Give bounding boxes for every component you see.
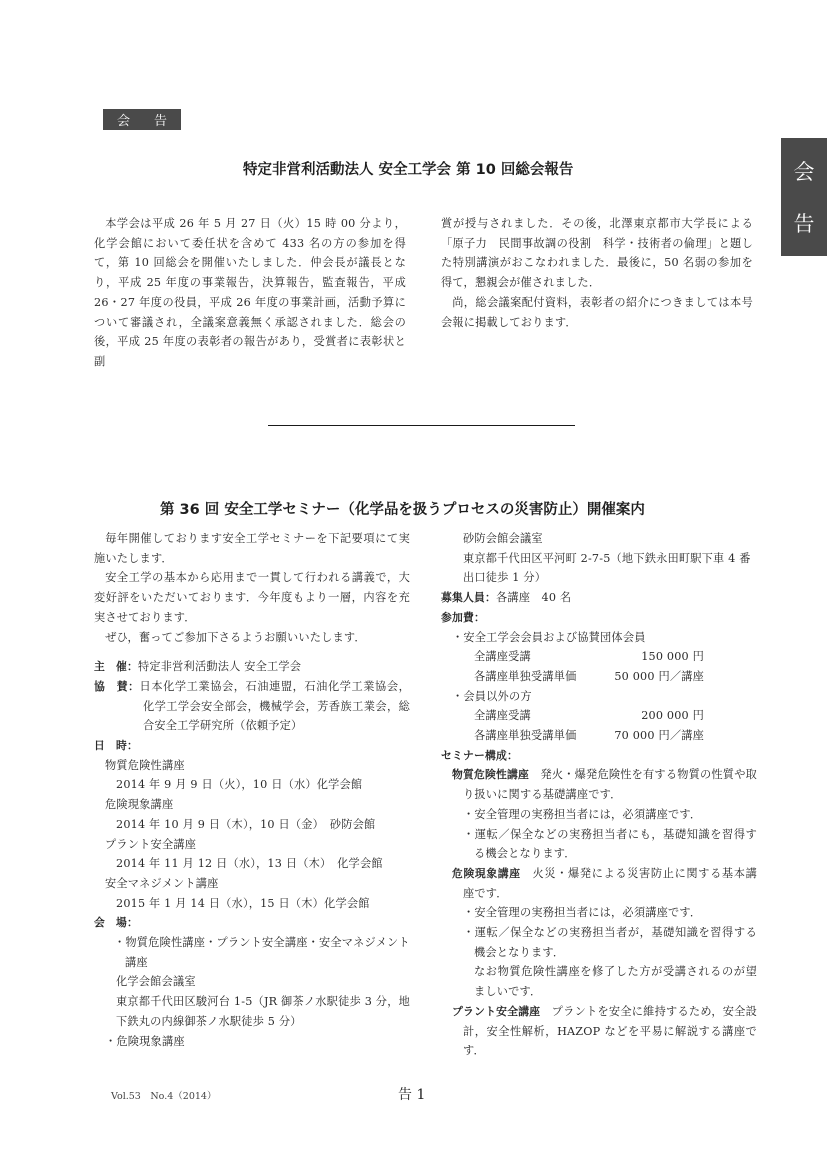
fee-value: 50 000 円／講座 [614,667,704,687]
fee-row: 全講座受講 200 000 円 [441,706,704,726]
venue-address: 東京都千代田区駿河台 1‑5（JR 御茶ノ水駅徒歩 3 分，地下鉄丸の内線御茶ノ… [94,992,410,1031]
schedule-date: 2014 年 11 月 12 日（水），13 日（木） 化学会館 [94,854,410,874]
schedule-course: 危険現象講座 [94,795,410,815]
fee-row: 各講座単独受講単価 70 000 円／講座 [441,726,704,746]
intro-paragraph: 毎年開催しております安全工学セミナーを下記要項にて実施いたします． [94,529,410,568]
structure-label: セミナー構成： [441,746,757,766]
fee-name: 全講座受講 [474,647,641,667]
course-name: 物質危険性講座 [452,768,529,781]
schedule-label: 日 時： [94,736,410,756]
side-section-tab: 会 告 [781,138,827,256]
report-paragraph: 賞が授与されました．その後，北澤東京都市大学長による「原子力 民間事故調の役割 … [441,214,753,293]
schedule-course: 物質危険性講座 [94,756,410,776]
course-name: プラント安全講座 [452,1005,540,1018]
organizer-row: 主 催：特定非営利活動法人 安全工学会 [94,657,410,677]
fee-row: 各講座単独受講単価 50 000 円／講座 [441,667,704,687]
badge-char-2: 告 [154,110,167,129]
fee-value: 70 000 円／講座 [614,726,704,746]
seminar-title: 第 36 回 安全工学セミナー（化学品を扱うプロセスの災害防止）開催案内 [160,498,645,519]
supporters-label: 協 賛： [94,680,140,693]
fee-name: 全講座受講 [474,706,641,726]
schedule-date: 2014 年 9 月 9 日（火），10 日（水）化学会館 [94,775,410,795]
intro-paragraph: ぜひ，奮ってご参加下さるようお願いいたします． [94,628,410,648]
fee-group-name: ・安全工学会会員および協賛団体会員 [441,628,757,648]
fee-value: 200 000 円 [641,706,704,726]
schedule-course: プラント安全講座 [94,835,410,855]
fee-name: 各講座単独受講単価 [474,667,614,687]
fees-label: 参加費： [441,608,757,628]
fee-value: 150 000 円 [641,647,704,667]
venue-hall: 砂防会館会議室 [441,529,757,549]
capacity-value: 各講座 40 名 [496,591,571,604]
page-number: 告 1 [398,1084,425,1104]
intro-paragraph: 安全工学の基本から応用まで一貫して行われる講義で，大変好評をいただいております．… [94,568,410,627]
course-block: プラント安全講座 プラントを安全に維持するため，安全設計，安全性解析，HAZOP… [452,1002,757,1061]
fee-row: 全講座受講 150 000 円 [441,647,704,667]
fee-group-name: ・会員以外の方 [441,687,757,707]
issue-info: Vol.53 No.4（2014） [111,1088,216,1102]
capacity-row: 募集人員：各講座 40 名 [441,588,757,608]
supporters-value: 日本化学工業協会，石油連盟，石油化学工業協会，化学工学会安全部会，機械学会，芳香… [140,680,410,732]
venue-courses: ・危険現象講座 [94,1032,410,1052]
schedule-list: 物質危険性講座 2014 年 9 月 9 日（火），10 日（水）化学会館 危険… [94,756,410,914]
report-column-right: 賞が授与されました．その後，北澤東京都市大学長による「原子力 民間事故調の役割 … [441,214,753,332]
seminar-intro: 毎年開催しております安全工学セミナーを下記要項にて実施いたします． 安全工学の基… [94,529,410,647]
schedule-date: 2015 年 1 月 14 日（水），15 日（木）化学会館 [94,894,410,914]
supporters-row: 協 賛：日本化学工業協会，石油連盟，石油化学工業協会，化学工学会安全部会，機械学… [94,677,410,736]
section-divider [268,425,575,426]
badge-char-1: 会 [117,110,130,129]
course-block: 物質危険性講座 発火・爆発危険性を有する物質の性質や取り扱いに関する基礎講座です… [452,765,757,804]
schedule-date: 2014 年 10 月 9 日（木），10 日（金） 砂防会館 [94,815,410,835]
capacity-label: 募集人員： [441,591,496,604]
organizer-label: 主 催： [94,660,138,673]
seminar-column-right: 砂防会館会議室 東京都千代田区平河町 2‑7‑5（地下鉄永田町駅下車 4 番出口… [441,529,757,1061]
report-paragraph: 尚，総会議案配付資料，表彰者の紹介につきましては本号会報に掲載しております． [441,293,753,332]
venue-courses: ・物質危険性講座・プラント安全講座・安全マネジメント講座 [105,933,410,972]
course-bullet: ・安全管理の実務担当者には，必須講座です． [441,805,757,825]
fee-name: 各講座単独受講単価 [474,726,614,746]
course-bullet: ・運転／保全などの実務担当者にも，基礎知識を習得する機会となります． [441,825,757,864]
venue-label: 会 場： [94,913,410,933]
course-block: 危険現象講座 火災・爆発による災害防止に関する基本講座です． [452,864,757,903]
venue-address: 東京都千代田区平河町 2‑7‑5（地下鉄永田町駅下車 4 番出口徒歩 1 分） [441,549,757,588]
side-tab-char-2: 告 [794,208,815,238]
report-column-left: 本学会は平成 26 年 5 月 27 日（火）15 時 00 分より，化学会館に… [94,214,406,372]
seminar-column-left: 毎年開催しております安全工学セミナーを下記要項にて実施いたします． 安全工学の基… [94,529,410,1051]
course-name: 危険現象講座 [452,867,521,880]
side-tab-char-1: 会 [794,156,815,186]
section-badge: 会 告 [103,109,181,130]
schedule-course: 安全マネジメント講座 [94,874,410,894]
course-bullet: ・運転／保全などの実務担当者が，基礎知識を習得する機会となります． [441,923,757,962]
course-bullet: ・安全管理の実務担当者には，必須講座です． [441,903,757,923]
venue-hall: 化学会館会議室 [94,972,410,992]
report-paragraph: 本学会は平成 26 年 5 月 27 日（火）15 時 00 分より，化学会館に… [94,214,406,372]
course-note: なお物質危険性講座を修了した方が受講されるのが望ましいです． [441,962,757,1001]
report-title: 特定非営利活動法人 安全工学会 第 10 回総会報告 [243,158,573,179]
organizer-value: 特定非営利活動法人 安全工学会 [138,660,301,673]
